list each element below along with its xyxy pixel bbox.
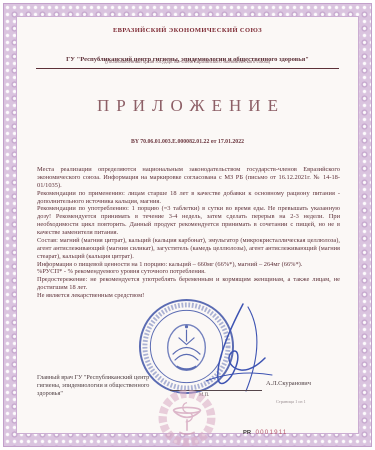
issuing-org-subtitle: (уполномоченный орган государства-члена … [36, 60, 339, 65]
serial-number: PR 0001911 [243, 421, 288, 439]
page-number: Страница 1 из 1 [276, 399, 306, 404]
document-number: BY 70.06.01.003.Е.000082.01.22 от 17.01.… [0, 139, 375, 145]
serial-digits: 0001911 [256, 429, 288, 436]
issuing-org-block: ГУ "Республиканский центр гигиены, эпиде… [36, 48, 339, 69]
medical-emblem-watermark-icon [143, 386, 231, 450]
signer-name: А.Л.Скуранович [266, 380, 311, 387]
serial-prefix: PR [243, 430, 251, 436]
body-paragraph: Состав: магний (магния цитрат), кальций … [37, 237, 340, 261]
body-paragraph: Информация о пищевой ценности на 1 порци… [37, 261, 340, 269]
body-paragraph: Рекомендации по употреблению: 1 порцию (… [37, 205, 340, 237]
certificate-page: ЕВРАЗИЙСКИЙ ЭКОНОМИЧЕСКИЙ СОЮЗ ГУ "Респу… [0, 0, 375, 450]
page-title: ПРИЛОЖЕНИЕ [0, 96, 375, 116]
union-header: ЕВРАЗИЙСКИЙ ЭКОНОМИЧЕСКИЙ СОЮЗ [20, 27, 355, 34]
body-text: Места реализации определяются национальн… [37, 166, 340, 300]
body-paragraph: Предостережение: не рекомендуется употре… [37, 276, 340, 292]
body-paragraph: Места реализации определяются национальн… [37, 166, 340, 190]
body-paragraph: Рекомендации по применению: лицам старше… [37, 190, 340, 206]
body-paragraph: %РУСП* - % рекомендуемого уровня суточно… [37, 268, 340, 276]
